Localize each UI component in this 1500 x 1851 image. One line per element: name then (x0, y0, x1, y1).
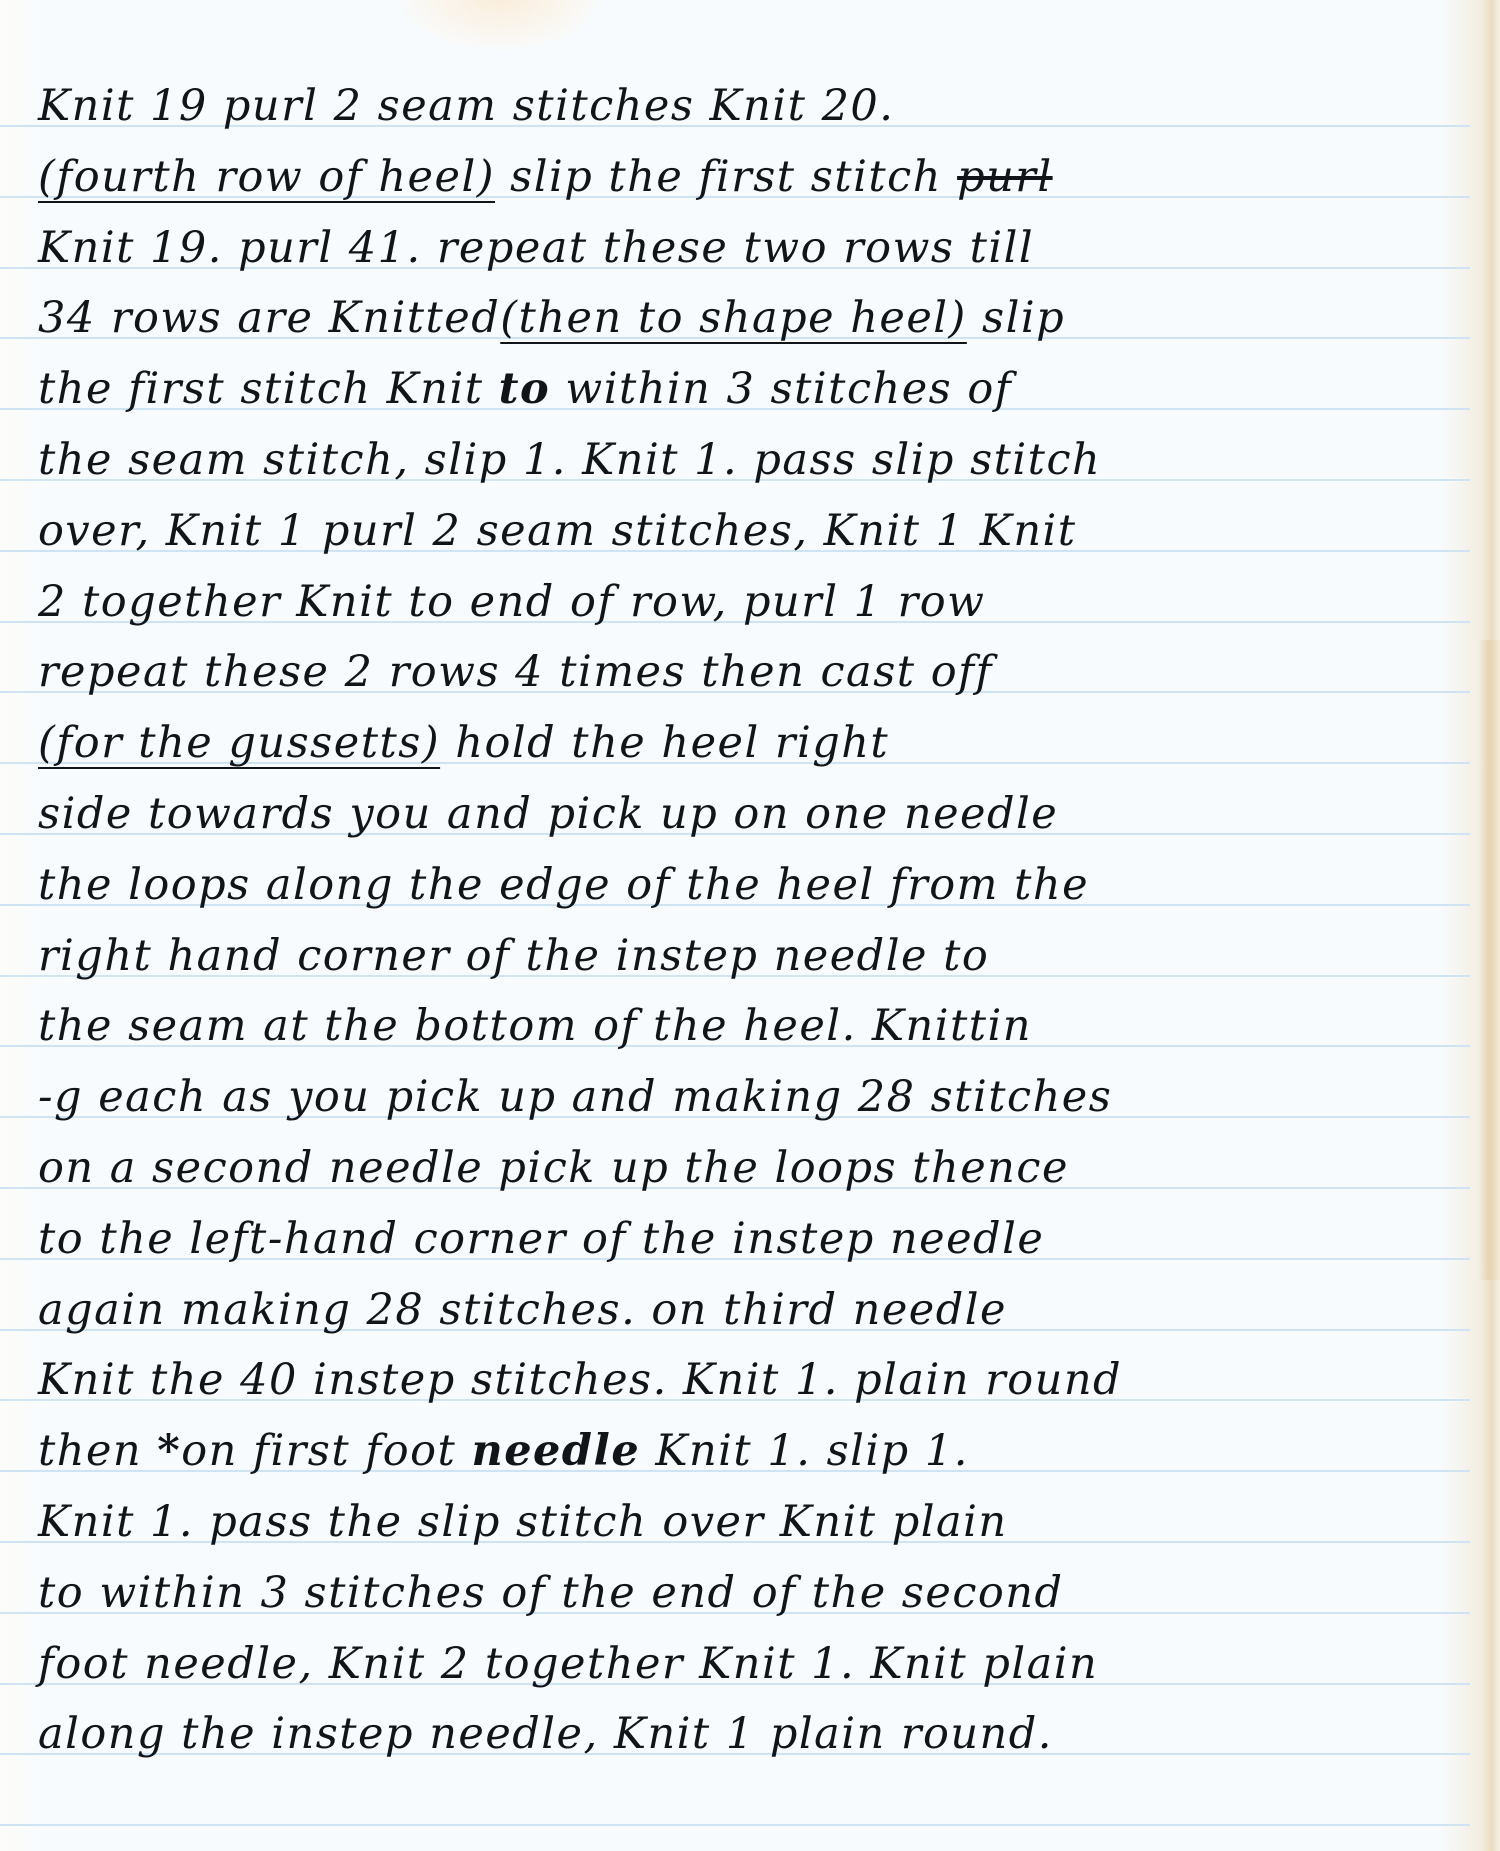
text-line: to the left-hand corner of the instep ne… (38, 1218, 1044, 1261)
text-line: again making 28 stitches. on third needl… (38, 1289, 1007, 1332)
text-segment: * (157, 1426, 181, 1476)
text-segment: Knit the 40 instep stitches. Knit 1. pla… (38, 1355, 1122, 1405)
text-segment: foot needle, Knit 2 together Knit 1. Kni… (38, 1639, 1098, 1689)
text-segment: Knit 1. pass the slip stitch over Knit p… (38, 1497, 1008, 1547)
text-line: 34 rows are Knitted(then to shape heel) … (38, 297, 1065, 340)
text-segment: 2 together Knit to end of row, purl 1 ro… (38, 577, 985, 627)
notebook-page: Knit 19 purl 2 seam stitches Knit 20.(fo… (0, 0, 1500, 1851)
text-segment: again making 28 stitches. on third needl… (38, 1285, 1007, 1335)
text-segment: slip the first stitch (495, 152, 957, 202)
text-line: then *on first foot needle Knit 1. slip … (38, 1430, 969, 1473)
text-line: side towards you and pick up on one need… (38, 793, 1058, 836)
text-line: repeat these 2 rows 4 times then cast of… (38, 651, 993, 694)
text-segment: -g each as you pick up and making 28 sti… (38, 1072, 1112, 1122)
text-line: along the instep needle, Knit 1 plain ro… (38, 1713, 1053, 1756)
text-segment: within 3 stitches of (550, 364, 1012, 414)
text-segment: along the instep needle, Knit 1 plain ro… (38, 1709, 1053, 1759)
text-segment: Knit 19 purl 2 seam stitches Knit 20. (38, 81, 894, 131)
text-segment: the seam at the bottom of the heel. Knit… (38, 1001, 1032, 1051)
text-line: (fourth row of heel) slip the first stit… (38, 156, 1053, 199)
text-segment: the first stitch Knit (38, 364, 499, 414)
text-line: the seam at the bottom of the heel. Knit… (38, 1005, 1032, 1048)
text-segment: to the left-hand corner of the instep ne… (38, 1214, 1044, 1264)
text-segment: right hand corner of the instep needle t… (38, 931, 989, 981)
text-segment: needle (471, 1426, 640, 1476)
text-line: on a second needle pick up the loops the… (38, 1147, 1069, 1190)
text-line: Knit 19. purl 41. repeat these two rows … (38, 227, 1034, 270)
page-edge-stain (1478, 640, 1500, 1280)
text-segment: then (38, 1426, 157, 1476)
paper-stain (400, 0, 600, 50)
text-segment: the loops along the edge of the heel fro… (38, 860, 1089, 910)
text-line: (for the gussetts) hold the heel right (38, 722, 889, 765)
text-line: Knit 1. pass the slip stitch over Knit p… (38, 1501, 1008, 1544)
text-segment: side towards you and pick up on one need… (38, 789, 1058, 839)
text-segment: 34 rows are Knitted (38, 293, 500, 343)
underlined-heading: (for the gussetts) (38, 718, 440, 768)
text-line: the first stitch Knit to within 3 stitch… (38, 368, 1012, 411)
text-line: Knit 19 purl 2 seam stitches Knit 20. (38, 85, 894, 128)
text-line: 2 together Knit to end of row, purl 1 ro… (38, 581, 985, 624)
text-segment: to within 3 stitches of the end of the s… (38, 1568, 1064, 1618)
text-segment: slip (967, 293, 1065, 343)
underlined-heading: (then to shape heel) (500, 293, 967, 343)
text-line: the loops along the edge of the heel fro… (38, 864, 1089, 907)
underlined-heading: (fourth row of heel) (38, 152, 495, 202)
text-line: right hand corner of the instep needle t… (38, 935, 989, 978)
text-segment: Knit 1. slip 1. (640, 1426, 969, 1476)
text-segment: the seam stitch, slip 1. Knit 1. pass sl… (38, 435, 1101, 485)
text-line: over, Knit 1 purl 2 seam stitches, Knit … (38, 510, 1077, 553)
text-segment: over, Knit 1 purl 2 seam stitches, Knit … (38, 506, 1077, 556)
text-segment: to (499, 364, 551, 414)
text-segment: repeat these 2 rows 4 times then cast of… (38, 647, 993, 697)
struck-word: purl (957, 152, 1053, 202)
text-segment: on first foot (181, 1426, 471, 1476)
rule-line (0, 1824, 1470, 1826)
text-line: foot needle, Knit 2 together Knit 1. Kni… (38, 1643, 1098, 1686)
text-segment: Knit 19. purl 41. repeat these two rows … (38, 223, 1034, 273)
text-line: the seam stitch, slip 1. Knit 1. pass sl… (38, 439, 1101, 482)
text-line: Knit the 40 instep stitches. Knit 1. pla… (38, 1359, 1122, 1402)
text-line: to within 3 stitches of the end of the s… (38, 1572, 1064, 1615)
text-line: -g each as you pick up and making 28 sti… (38, 1076, 1112, 1119)
text-segment: on a second needle pick up the loops the… (38, 1143, 1069, 1193)
text-segment: hold the heel right (440, 718, 889, 768)
